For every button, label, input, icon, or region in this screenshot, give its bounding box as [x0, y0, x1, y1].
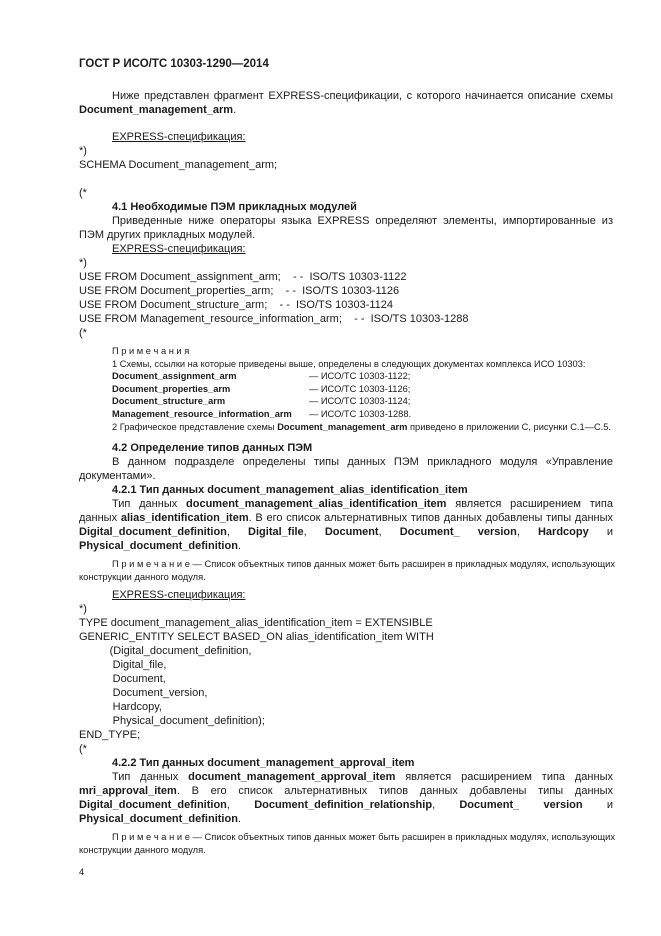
schema-ref-name: Document_properties_arm — [112, 383, 309, 396]
schema-ref-row: Management_resource_information_arm— ИСО… — [112, 408, 627, 421]
document-standard-number: ГОСТ Р ИСО/ТС 10303-1290—2014 — [79, 57, 613, 71]
section-4-1-heading: 4.1 Необходимые ПЭМ прикладных модулей — [112, 200, 613, 214]
page-number: 4 — [79, 866, 613, 879]
intro-paragraph: Ниже представлен фрагмент EXPRESS-специф… — [79, 89, 613, 117]
document-page: ГОСТ Р ИСО/ТС 10303-1290—2014 Ниже предс… — [0, 0, 661, 936]
section-4-2-2-heading: 4.2.2 Тип данных document_management_app… — [112, 756, 613, 770]
section-4-2-2-paragraph: Тип данных document_management_approval_… — [79, 770, 613, 826]
schema-ref-doc: — ИСО/ТС 10303-1126; — [309, 384, 410, 394]
section-4-2-heading: 4.2 Определение типов данных ПЭМ — [112, 441, 613, 455]
notes-label: П р и м е ч а н и я — [112, 345, 627, 358]
section-4-2-1-note: П р и м е ч а н и е — Список объектных т… — [79, 558, 615, 583]
schema-ref-name: Document_assignment_arm — [112, 370, 309, 383]
schema-ref-name: Document_structure_arm — [112, 395, 309, 408]
section-4-1-paragraph: Приведенные ниже операторы языка EXPRESS… — [79, 214, 613, 242]
schema-code-block: *) SCHEMA Document_management_arm; (* — [79, 144, 613, 200]
express-spec-label-2: EXPRESS-спецификация: — [112, 242, 613, 256]
notes-block: П р и м е ч а н и я 1 Схемы, ссылки на к… — [112, 345, 627, 433]
schema-ref-row: Document_structure_arm— ИСО/ТС 10303-112… — [112, 395, 627, 408]
schema-ref-doc: — ИСО/ТС 10303-1124; — [309, 396, 410, 406]
use-from-code-block: *) USE FROM Document_assignment_arm; - -… — [79, 256, 613, 340]
note-1-text: 1 Схемы, ссылки на которые приведены выш… — [112, 358, 627, 371]
schema-ref-name: Management_resource_information_arm — [112, 408, 309, 421]
note-2-text: 2 Графическое представление схемы Docume… — [112, 421, 627, 434]
schema-ref-row: Document_assignment_arm— ИСО/ТС 10303-11… — [112, 370, 627, 383]
express-spec-label-3: EXPRESS-спецификация: — [112, 588, 613, 602]
schema-ref-row: Document_properties_arm— ИСО/ТС 10303-11… — [112, 383, 627, 396]
section-4-2-1-heading: 4.2.1 Тип данных document_management_ali… — [112, 483, 613, 497]
section-4-2-1-paragraph: Тип данных document_management_alias_ide… — [79, 497, 613, 553]
section-4-2-paragraph: В данном подразделе определены типы данн… — [79, 455, 613, 483]
type-declaration-code-block: *) TYPE document_management_alias_identi… — [79, 602, 613, 756]
section-4-2-2-note: П р и м е ч а н и е — Список объектных т… — [79, 831, 615, 856]
express-spec-label-1: EXPRESS-спецификация: — [112, 130, 613, 144]
schema-ref-doc: — ИСО/ТС 10303-1122; — [309, 371, 410, 381]
schema-ref-doc: — ИСО/ТС 10303-1288. — [309, 409, 411, 419]
